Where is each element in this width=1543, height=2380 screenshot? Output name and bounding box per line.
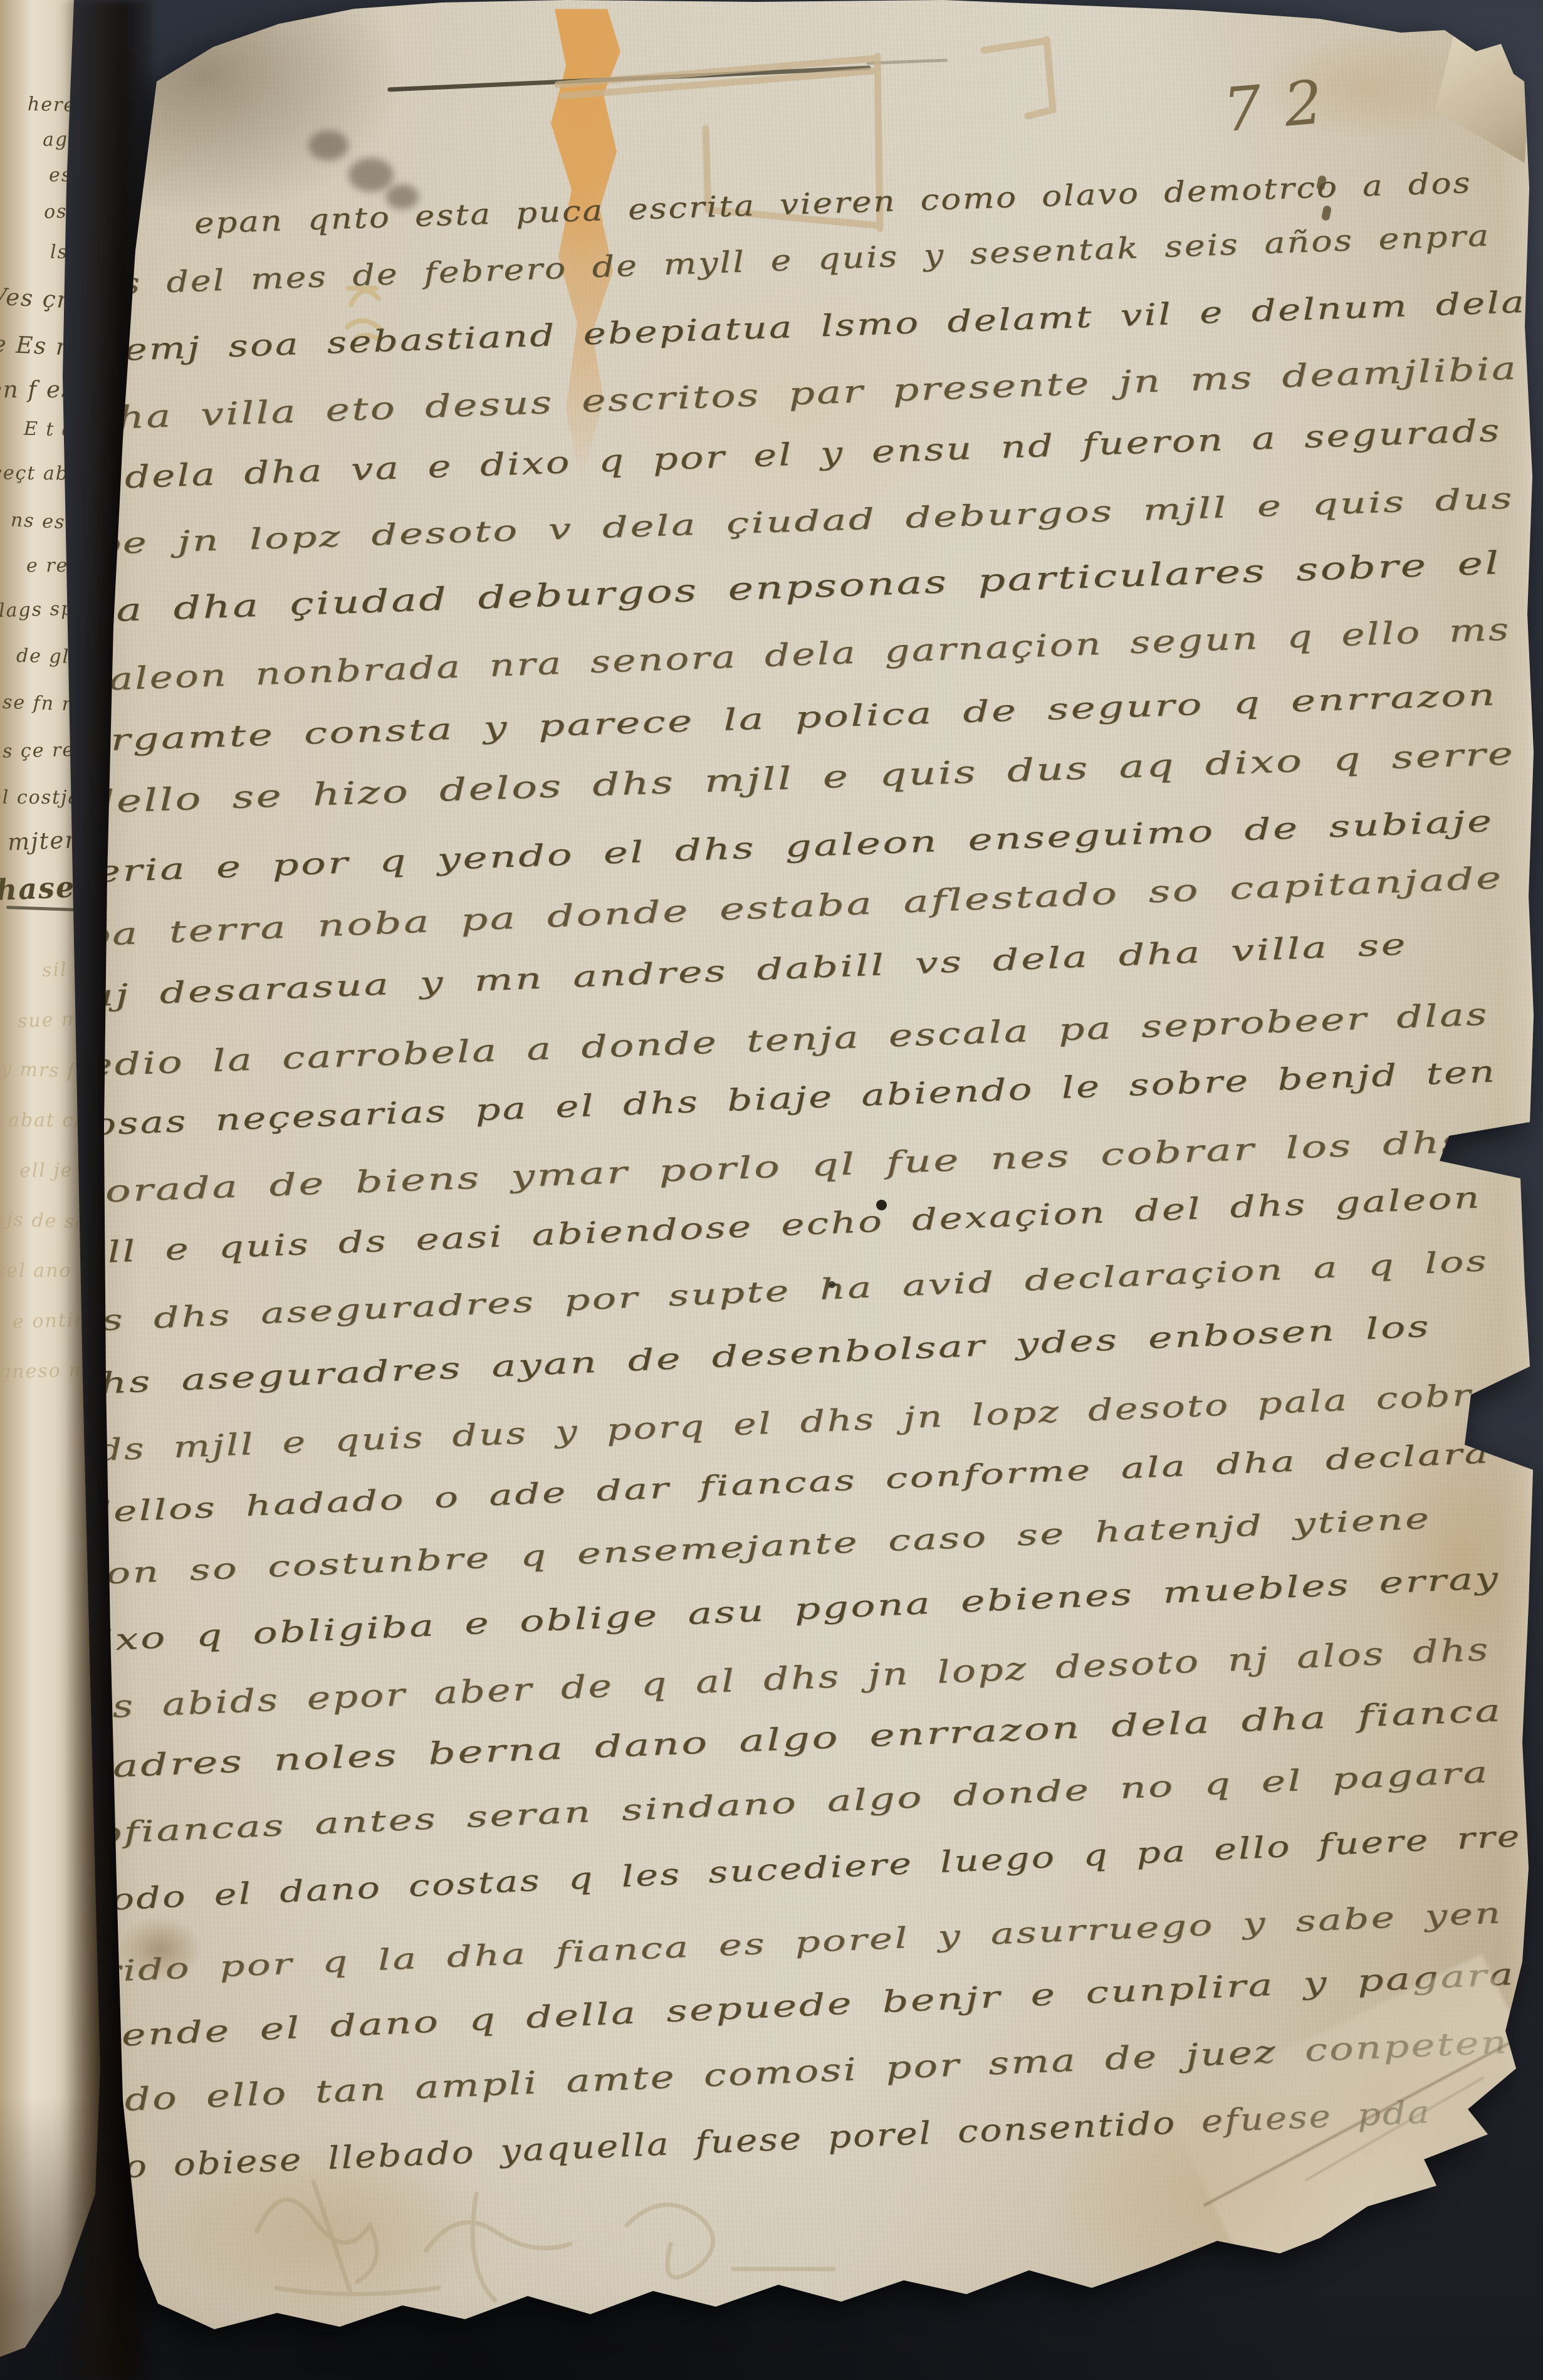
ink-blot xyxy=(829,1281,835,1288)
manuscript-page-wrap: 72 epan qnto esta puca escrita vieren co… xyxy=(0,0,1543,2380)
text-line: demj soa sebastiand ebepiatua lsmo delam… xyxy=(97,285,1527,369)
text-line: ela dha çiudad deburgos enpsonas particu… xyxy=(72,544,1501,629)
ink-blot xyxy=(876,1200,887,1210)
text-line: pe jn lopz desoto v dela çiudad deburgos… xyxy=(94,481,1514,561)
ghost-ink-offset xyxy=(238,2156,865,2319)
text-block: epan qnto esta puca escrita vieren como … xyxy=(0,0,1543,2380)
manuscript-page: 72 epan qnto esta puca escrita vieren co… xyxy=(0,0,1543,2380)
